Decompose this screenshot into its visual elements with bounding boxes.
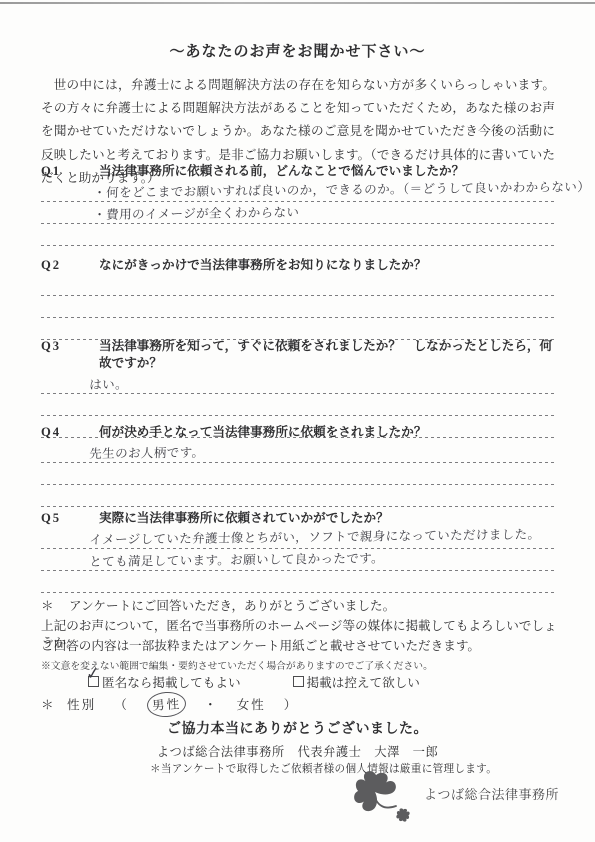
question-4-text: 何が決め手となって当法律事務所に依頼をされましたか？ (99, 424, 556, 441)
question-block-5: Q5 実際に当法律事務所に依頼されていかがでしたか？ イメージしていた弁護士像と… (41, 510, 556, 593)
answer-line: とても満足しています。お願いして良かったです。 (41, 549, 556, 571)
answer-line: はい。 (41, 372, 556, 394)
consent-option-deny-label: 掲載は控えて欲しい (307, 672, 420, 691)
answer-line: ・何をどこまでお願いすれば良いのか，できるのか。（＝どうして良いかわからない） (41, 180, 556, 202)
handwritten-answer: ・何をどこまでお願いすれば良いのか，できるのか。（＝どうして良いかわからない） (93, 177, 591, 201)
logo-firm-name: よつば総合法律事務所 (424, 784, 559, 803)
answer-line (41, 394, 556, 416)
answer-line (41, 485, 556, 507)
consent-small-note: ※文意を変えない範囲で編集・要約させていただく場合がありますのでご了承ください。 (41, 658, 561, 672)
handwritten-checkmark: ✓ (85, 665, 101, 683)
answer-line: イメージしていた弁護士像とちがい，ソフトで親身になっていただけました。 (41, 527, 556, 549)
handwritten-answer: とても満足しています。お願いして良かったです。 (89, 548, 384, 570)
consent-line-3: ご回答の内容は一部抜粋またはアンケート用紙ごと載せさせていただきます。 (41, 638, 561, 655)
handwritten-answer: イメージしていた弁護士像とちがい，ソフトで親身になっていただけました。 (89, 524, 541, 548)
gender-row: ＊性別（男性・女性） (41, 692, 298, 717)
question-4-label: Q4 (41, 424, 99, 441)
answer-line (41, 463, 556, 485)
page-title: ～あなたのお声をお聞かせ下さい～ (0, 40, 595, 61)
question-4-heading: Q4 何が決め手となって当法律事務所に依頼をされましたか？ (41, 424, 556, 441)
handwritten-answer: はい。 (89, 375, 128, 393)
answer-line: ・費用のイメージが全くわからない (41, 202, 556, 224)
closing-firm-line: よつば総合法律事務所 代表弁護士 大澤 一郎 (0, 742, 595, 760)
answer-line (41, 224, 556, 246)
handwritten-answer: ・費用のイメージが全くわからない (93, 202, 300, 223)
scan-edge (0, 2, 595, 4)
questionnaire-page: ～あなたのお声をお聞かせ下さい～ 世の中には，弁護士による問題解決方法の存在を知… (0, 0, 595, 842)
gender-female: 女性 (237, 698, 266, 712)
asterisk: ＊ (41, 694, 67, 713)
question-2-label: Q2 (41, 257, 99, 274)
question-block-1: Q1 当法律事務所に依頼される前，どんなことで悩んでいましたか？ ・何をどこまで… (41, 163, 556, 246)
question-block-2: Q2 なにがきっかけで当法律事務所をお知りになりましたか？ (41, 257, 556, 340)
paren-close: ） (284, 698, 299, 712)
asterisk: ＊ (41, 598, 69, 615)
gender-separator: ・ (204, 698, 219, 712)
answer-line (41, 318, 556, 340)
clover-logo-icon (348, 768, 418, 828)
consent-options-row: ✓ 匿名なら掲載してもよい 掲載は控えて欲しい (88, 672, 568, 691)
consent-option-deny: 掲載は控えて欲しい (293, 672, 420, 691)
closing-privacy-note: ＊当アンケートで取得したご依頼者様の個人情報は厳重に管理します。 (150, 761, 497, 776)
question-block-3: Q3 当法律事務所を知って，すぐに依頼をされましたか？ しなかったとしたら，何故… (41, 338, 556, 438)
checkbox-allow-icon: ✓ (88, 676, 99, 687)
answer-line (41, 274, 556, 296)
consent-thanks-text: アンケートにご回答いただき，ありがとうございました。 (69, 599, 395, 613)
question-1-label: Q1 (41, 163, 99, 180)
consent-option-allow-label: 匿名なら掲載してもよい (102, 672, 241, 691)
answer-line (41, 571, 556, 593)
gender-male-circled: 男性 (146, 691, 187, 719)
question-3-label: Q3 (41, 338, 99, 372)
checkbox-deny-icon (293, 676, 304, 687)
question-2-text: なにがきっかけで当法律事務所をお知りになりましたか？ (99, 257, 556, 274)
question-5-label: Q5 (41, 510, 99, 527)
answer-line: 先生のお人柄です。 (41, 441, 556, 463)
question-3-heading: Q3 当法律事務所を知って，すぐに依頼をされましたか？ しなかったとしたら，何故… (41, 338, 556, 372)
question-block-4: Q4 何が決め手となって当法律事務所に依頼をされましたか？ 先生のお人柄です。 (41, 424, 556, 507)
consent-option-allow: ✓ 匿名なら掲載してもよい (88, 672, 241, 691)
answer-line (41, 296, 556, 318)
consent-thanks-line: ＊アンケートにご回答いただき，ありがとうございました。 (41, 598, 561, 615)
paren-open: （ (114, 698, 129, 712)
question-3-text: 当法律事務所を知って，すぐに依頼をされましたか？ しなかったとしたら，何故ですか… (99, 338, 556, 372)
question-2-heading: Q2 なにがきっかけで当法律事務所をお知りになりましたか？ (41, 257, 556, 274)
closing-thanks: ご協力本当にありがとうございました。 (0, 718, 595, 738)
gender-label: 性別 (67, 698, 96, 712)
handwritten-answer: 先生のお人柄です。 (89, 443, 205, 462)
